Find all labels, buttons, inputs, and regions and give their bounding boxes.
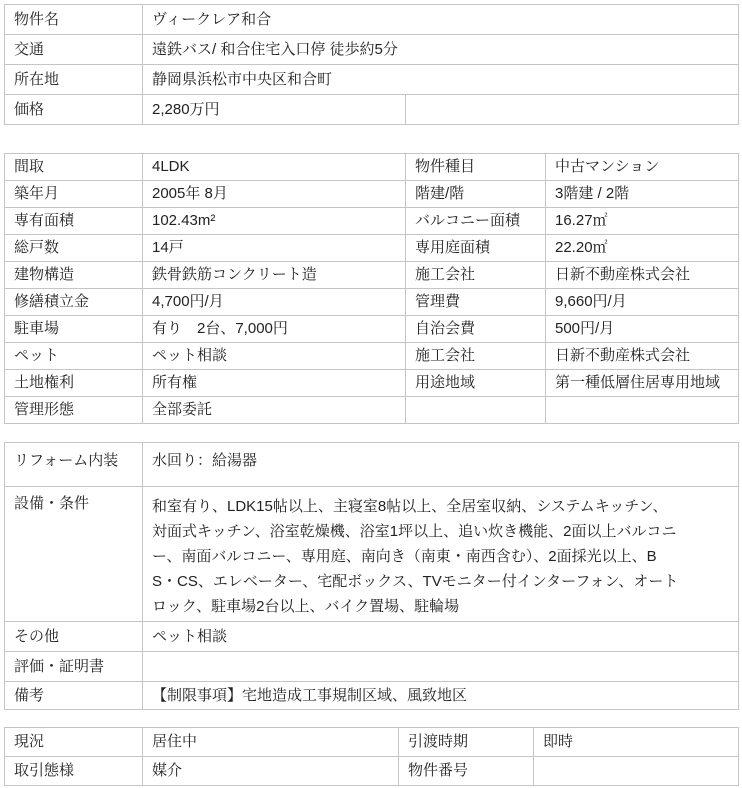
field-value: 【制限事項】宅地造成工事規制区域、風致地区 xyxy=(143,682,739,710)
field-value: 所有権 xyxy=(143,370,406,397)
field-value: 2005年 8月 xyxy=(143,181,406,208)
field-label: 管理形態 xyxy=(5,397,143,424)
field-label: 自治会費 xyxy=(406,316,546,343)
field-label: 管理費 xyxy=(406,289,546,316)
table-row: 間取 4LDK 物件種目 中古マンション xyxy=(5,154,739,181)
field-label: 評価・証明書 xyxy=(5,652,143,682)
table-row: 交通 遠鉄バス/ 和合住宅入口停 徒歩約5分 xyxy=(5,35,739,65)
table-row: 評価・証明書 xyxy=(5,652,739,682)
table-row: 駐車場 有り 2台、7,000円 自治会費 500円/月 xyxy=(5,316,739,343)
field-label: 修繕積立金 xyxy=(5,289,143,316)
field-label: 物件種目 xyxy=(406,154,546,181)
field-value: 遠鉄バス/ 和合住宅入口停 徒歩約5分 xyxy=(143,35,739,65)
field-label: 物件名 xyxy=(5,5,143,35)
table-row: 物件名 ヴィークレア和合 xyxy=(5,5,739,35)
field-label: 所在地 xyxy=(5,65,143,95)
empty-cell xyxy=(406,95,739,125)
table-row: 価格 2,280万円 xyxy=(5,95,739,125)
field-label: 駐車場 xyxy=(5,316,143,343)
field-value: ペット相談 xyxy=(143,343,406,370)
field-label xyxy=(406,397,546,424)
field-label: 専用庭面積 xyxy=(406,235,546,262)
field-value: 有り 2台、7,000円 xyxy=(143,316,406,343)
table-row: 所在地 静岡県浜松市中央区和合町 xyxy=(5,65,739,95)
table-row: 取引態様 媒介 物件番号 xyxy=(5,757,739,786)
field-value: 日新不動産株式会社 xyxy=(546,343,739,370)
details-table: 間取 4LDK 物件種目 中古マンション 築年月 2005年 8月 階建/階 3… xyxy=(4,153,739,424)
field-value: 14戸 xyxy=(143,235,406,262)
table-row: 備考 【制限事項】宅地造成工事規制区域、風致地区 xyxy=(5,682,739,710)
field-label: 間取 xyxy=(5,154,143,181)
field-value: 水回り：給湯器 xyxy=(143,443,739,487)
field-value: 静岡県浜松市中央区和合町 xyxy=(143,65,739,95)
table-row: 専有面積 102.43m² バルコニー面積 16.27㎡ xyxy=(5,208,739,235)
features-table: リフォーム内装 水回り：給湯器 設備・条件 和室有り、LDK15帖以上、主寝室8… xyxy=(4,442,739,710)
summary-table: 物件名 ヴィークレア和合 交通 遠鉄バス/ 和合住宅入口停 徒歩約5分 所在地 … xyxy=(4,4,739,125)
field-label: 総戸数 xyxy=(5,235,143,262)
field-value: 16.27㎡ xyxy=(546,208,739,235)
field-value xyxy=(546,397,739,424)
field-value: 即時 xyxy=(534,728,739,757)
table-row: 現況 居住中 引渡時期 即時 xyxy=(5,728,739,757)
table-row: 築年月 2005年 8月 階建/階 3階建 / 2階 xyxy=(5,181,739,208)
table-row: 総戸数 14戸 専用庭面積 22.20㎡ xyxy=(5,235,739,262)
field-value: 日新不動産株式会社 xyxy=(546,262,739,289)
field-value xyxy=(534,757,739,786)
table-row: リフォーム内装 水回り：給湯器 xyxy=(5,443,739,487)
property-sheet: 物件名 ヴィークレア和合 交通 遠鉄バス/ 和合住宅入口停 徒歩約5分 所在地 … xyxy=(0,0,742,786)
field-value: 4,700円/月 xyxy=(143,289,406,316)
field-value: 2,280万円 xyxy=(143,95,406,125)
field-label: 価格 xyxy=(5,95,143,125)
field-value: 第一種低層住居専用地域 xyxy=(546,370,739,397)
field-label: 施工会社 xyxy=(406,343,546,370)
field-label: ペット xyxy=(5,343,143,370)
field-label: 築年月 xyxy=(5,181,143,208)
field-label: 専有面積 xyxy=(5,208,143,235)
table-row: 設備・条件 和室有り、LDK15帖以上、主寝室8帖以上、全居室収納、システムキッ… xyxy=(5,487,739,622)
table-row: 管理形態 全部委託 xyxy=(5,397,739,424)
field-label: 設備・条件 xyxy=(5,487,143,622)
table-row: その他 ペット相談 xyxy=(5,622,739,652)
field-value xyxy=(143,652,739,682)
field-value: 3階建 / 2階 xyxy=(546,181,739,208)
field-value: 500円/月 xyxy=(546,316,739,343)
field-value: 4LDK xyxy=(143,154,406,181)
field-label: 土地権利 xyxy=(5,370,143,397)
field-value: ヴィークレア和合 xyxy=(143,5,739,35)
field-label: 物件番号 xyxy=(399,757,534,786)
field-value: 媒介 xyxy=(143,757,399,786)
field-value: 102.43m² xyxy=(143,208,406,235)
field-label: バルコニー面積 xyxy=(406,208,546,235)
transaction-table: 現況 居住中 引渡時期 即時 取引態様 媒介 物件番号 xyxy=(4,727,739,786)
field-label: 備考 xyxy=(5,682,143,710)
field-value: ペット相談 xyxy=(143,622,739,652)
field-value: 居住中 xyxy=(143,728,399,757)
table-row: ペット ペット相談 施工会社 日新不動産株式会社 xyxy=(5,343,739,370)
field-label: 階建/階 xyxy=(406,181,546,208)
field-label: 現況 xyxy=(5,728,143,757)
field-value: 中古マンション xyxy=(546,154,739,181)
field-label: 交通 xyxy=(5,35,143,65)
field-label: 引渡時期 xyxy=(399,728,534,757)
field-label: リフォーム内装 xyxy=(5,443,143,487)
field-value: 22.20㎡ xyxy=(546,235,739,262)
table-row: 土地権利 所有権 用途地域 第一種低層住居専用地域 xyxy=(5,370,739,397)
field-label: 取引態様 xyxy=(5,757,143,786)
table-row: 修繕積立金 4,700円/月 管理費 9,660円/月 xyxy=(5,289,739,316)
field-label: 施工会社 xyxy=(406,262,546,289)
field-label: 建物構造 xyxy=(5,262,143,289)
field-value: 9,660円/月 xyxy=(546,289,739,316)
field-value: 鉄骨鉄筋コンクリート造 xyxy=(143,262,406,289)
field-label: その他 xyxy=(5,622,143,652)
field-value: 和室有り、LDK15帖以上、主寝室8帖以上、全居室収納、システムキッチン、対面式… xyxy=(143,487,739,622)
field-label: 用途地域 xyxy=(406,370,546,397)
table-row: 建物構造 鉄骨鉄筋コンクリート造 施工会社 日新不動産株式会社 xyxy=(5,262,739,289)
field-value: 全部委託 xyxy=(143,397,406,424)
